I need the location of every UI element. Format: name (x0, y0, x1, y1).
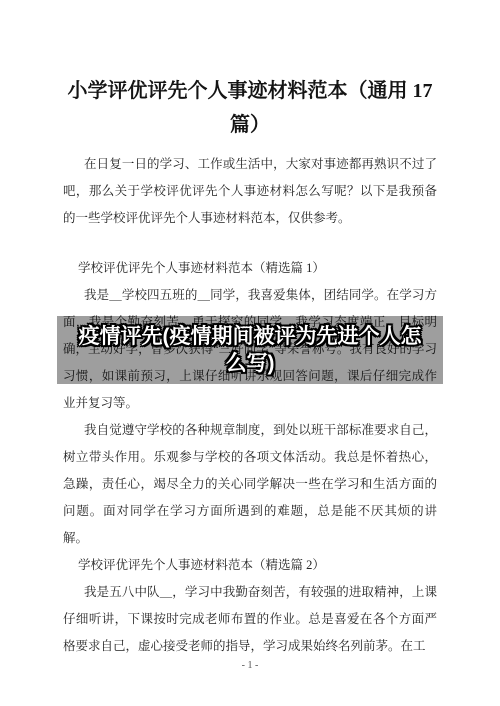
section-1-heading: 学校评优评先个人事迹材料范本（精选篇 1） (63, 255, 437, 282)
section-2-heading: 学校评优评先个人事迹材料范本（精选篇 2） (63, 552, 437, 579)
document-body: 在日复一日的学习、工作或生活中，大家对事迹都再熟识不过了吧，那么关于学校评优评先… (63, 151, 437, 672)
page-title: 小学评优评先个人事迹材料范本（通用 17 篇） (63, 74, 437, 142)
document-page: 小学评优评先个人事迹材料范本（通用 17 篇） 在日复一日的学习、工作或生活中，… (0, 0, 500, 706)
page-number: - 1 - (63, 660, 437, 672)
watermark-band: 疫情评先(疫情期间被评为先进个人怎么写) (57, 316, 443, 384)
watermark-title: 疫情评先(疫情期间被评为先进个人怎么写) (70, 323, 430, 377)
intro-paragraph: 在日复一日的学习、工作或生活中，大家对事迹都再熟识不过了吧，那么关于学校评优评先… (63, 151, 437, 232)
section-1-paragraph-2: 我自觉遵守学校的各种规章制度，到处以班干部标准要求自己，树立带头作用。乐观参与学… (63, 417, 437, 552)
section-2-paragraph-1: 我是五八中队＿，学习中我勤奋刻苦，有较强的进取精神，上课仔细听讲，下课按时完成老… (63, 579, 437, 660)
